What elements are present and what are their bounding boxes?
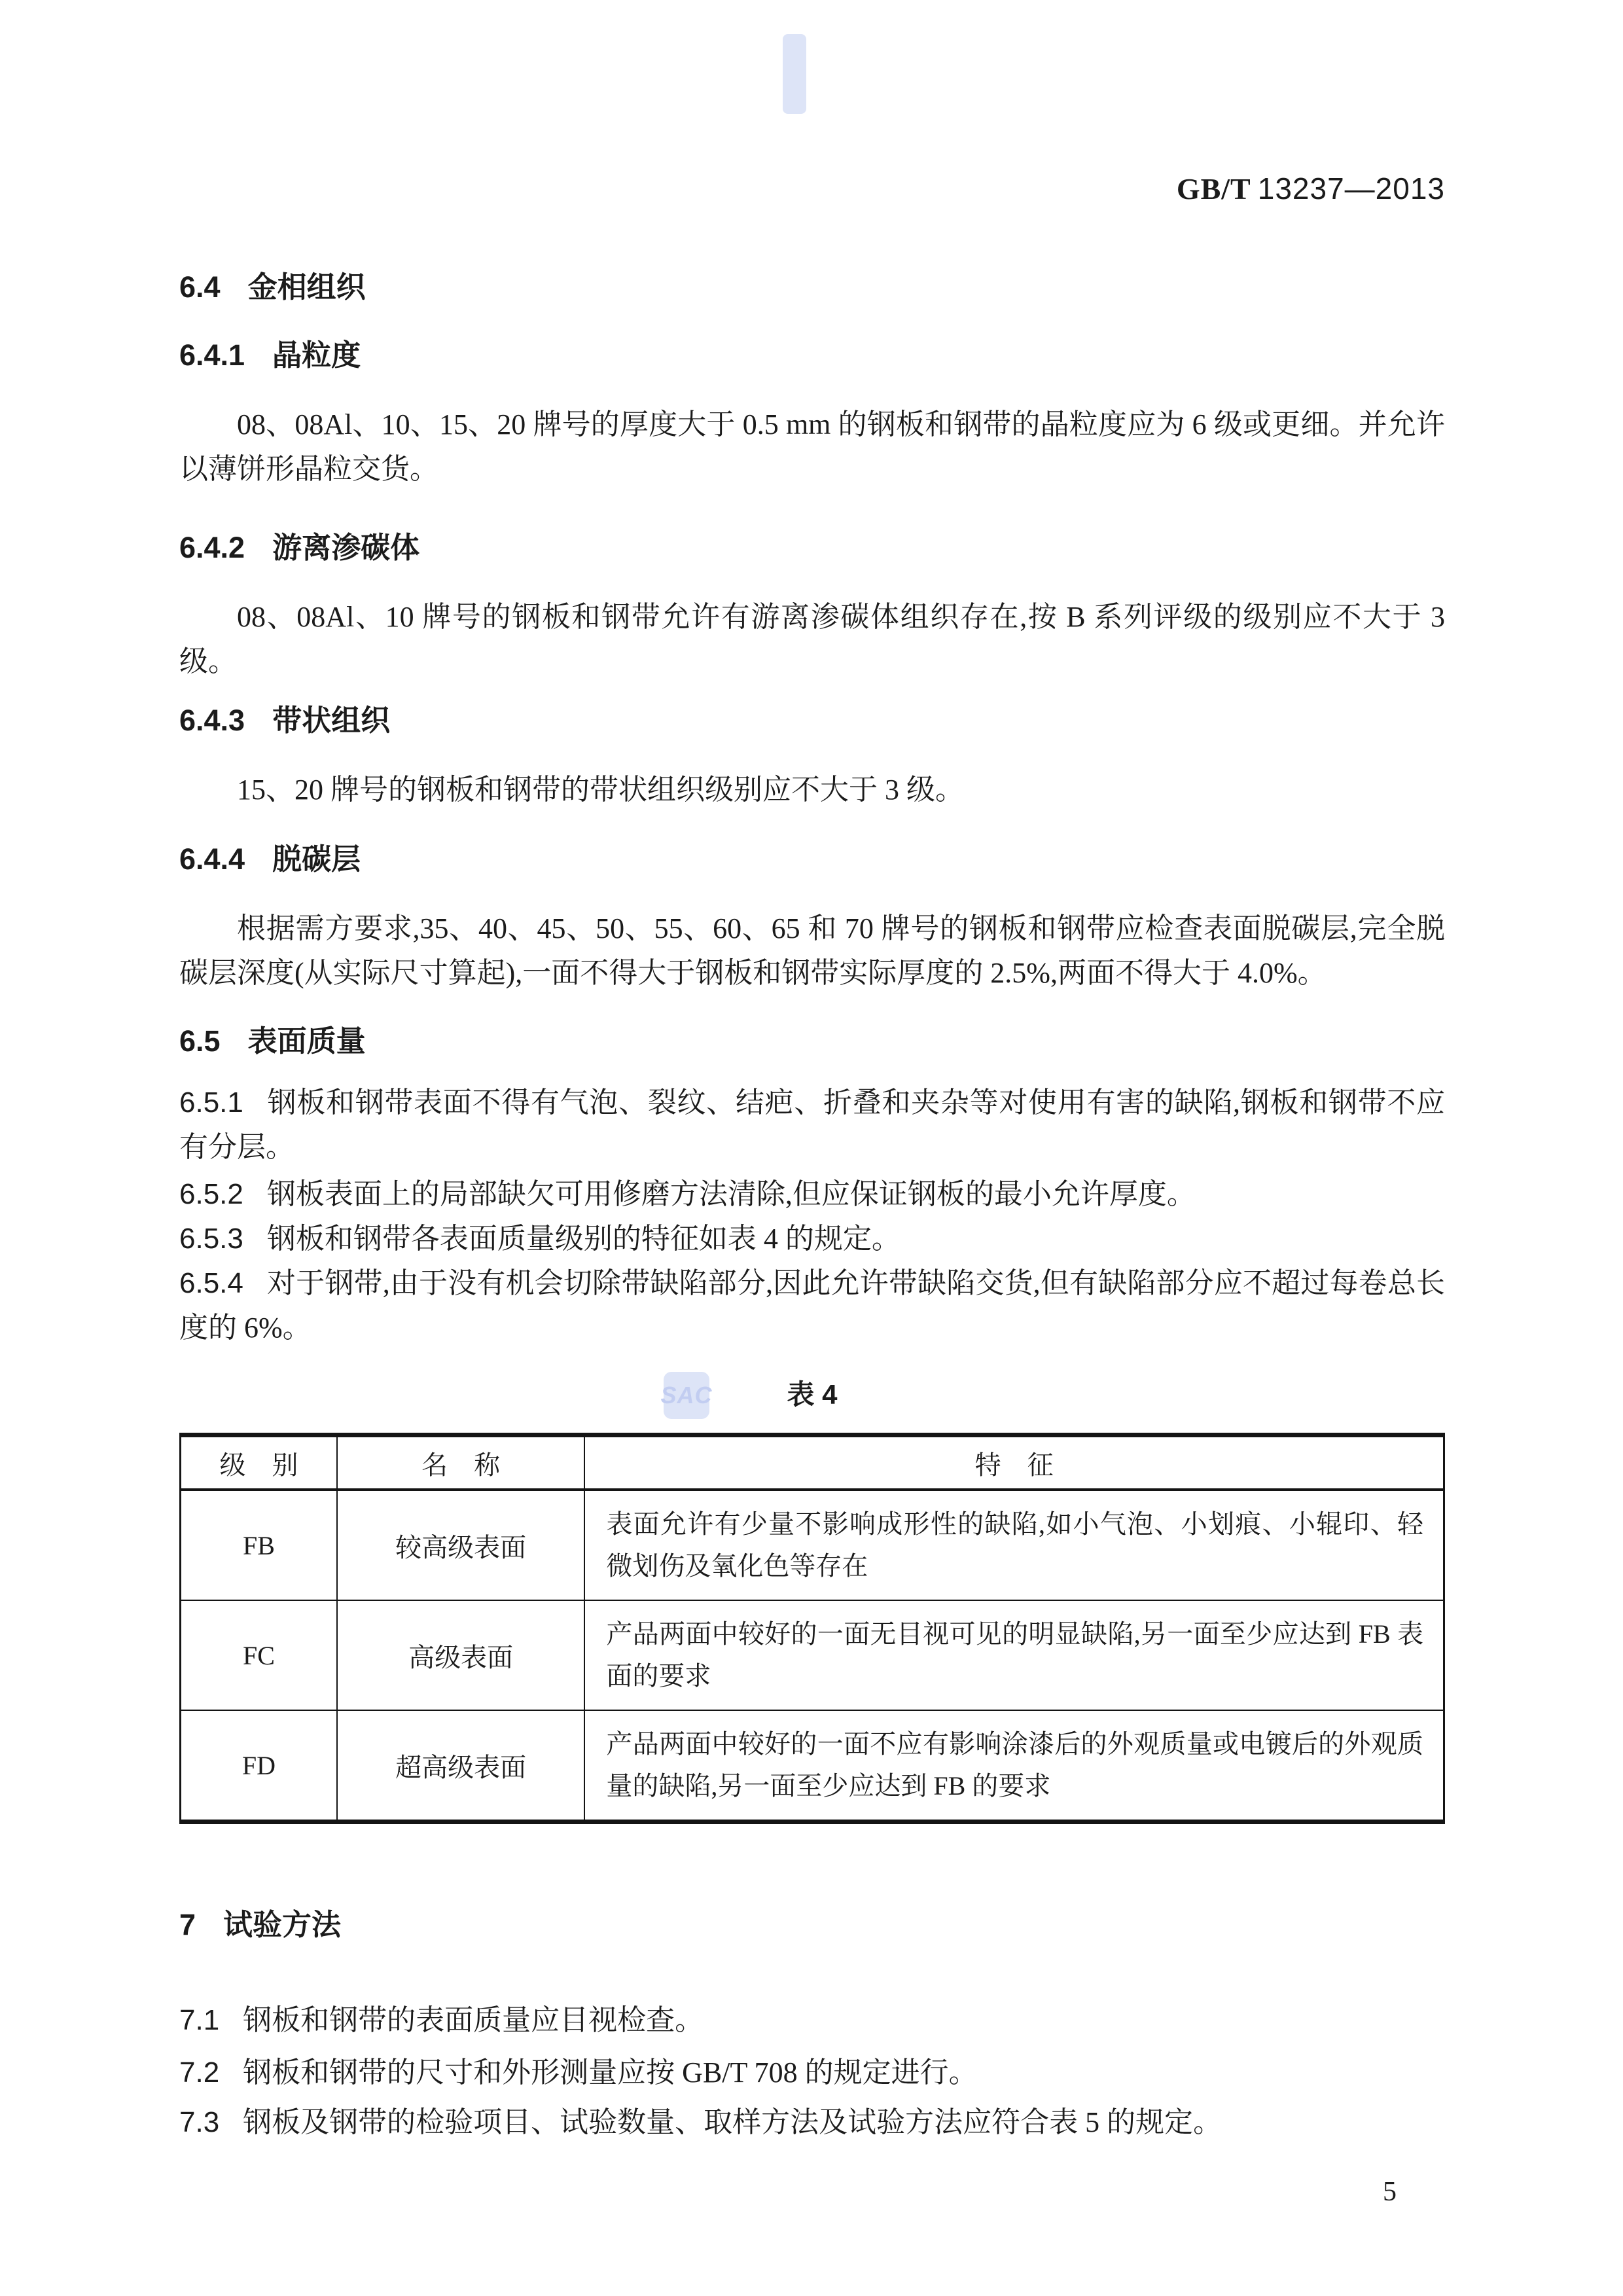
heading-6-4-4-number: 6.4.4 <box>179 842 245 876</box>
clause-7-1: 7.1钢板和钢带的表面质量应目视检查。 <box>179 1998 1445 2043</box>
clause-7-3: 7.3钢板及钢带的检验项目、试验数量、取样方法及试验方法应符合表 5 的规定。 <box>179 2100 1445 2145</box>
heading-6-4-2-number: 6.4.2 <box>179 531 245 564</box>
row-fc-name: 高级表面 <box>337 1600 584 1710</box>
clause-6-5-2-number: 6.5.2 <box>179 1178 243 1210</box>
clause-7-1-text: 钢板和钢带的表面质量应目视检查。 <box>243 2004 704 2036</box>
clause-6-5-3-number: 6.5.3 <box>179 1223 243 1255</box>
row-fc-feature: 产品两面中较好的一面无目视可见的明显缺陷,另一面至少应达到 FB 表面的要求 <box>584 1600 1444 1710</box>
row-fd-feature: 产品两面中较好的一面不应有影响涂漆后的外观质量或电镀后的外观质量的缺陷,另一面至… <box>584 1710 1444 1822</box>
row-fb-grade: FB <box>181 1490 337 1600</box>
paragraph-6-4-1: 08、08Al、10、15、20 牌号的厚度大于 0.5 mm 的钢板和钢带的晶… <box>179 403 1445 492</box>
row-fb-feature: 表面允许有少量不影响成形性的缺陷,如小气泡、小划痕、小辊印、轻微划伤及氧化色等存… <box>584 1490 1444 1600</box>
table-row: FD 超高级表面 产品两面中较好的一面不应有影响涂漆后的外观质量或电镀后的外观质… <box>181 1710 1444 1822</box>
clause-6-5-1-text: 钢板和钢带表面不得有气泡、裂纹、结疤、折叠和夹杂等对使用有害的缺陷,钢板和钢带不… <box>179 1086 1445 1163</box>
table-4-col-name: 名 称 <box>337 1435 584 1490</box>
clause-7-2-number: 7.2 <box>179 2056 219 2089</box>
table-4: 级 别 名 称 特 征 FB 较高级表面 表面允许有少量不影响成形性的缺陷,如小… <box>179 1433 1445 1824</box>
row-fc-grade: FC <box>181 1600 337 1710</box>
table-4-col-feature: 特 征 <box>584 1435 1444 1490</box>
heading-6-4-3-number: 6.4.3 <box>179 704 245 737</box>
document-page: SAC GB/T13237—2013 6.4金相组织 6.4.1晶粒度 08、0… <box>0 0 1623 2296</box>
heading-6-5-number: 6.5 <box>179 1024 221 1058</box>
heading-6-5-title: 表面质量 <box>248 1024 366 1058</box>
heading-6-4-2-title: 游离渗碳体 <box>272 531 419 564</box>
heading-7-title: 试验方法 <box>223 1908 341 1941</box>
standard-code-prefix: GB/T <box>1177 172 1251 206</box>
clause-6-5-2-text: 钢板表面上的局部缺欠可用修磨方法清除,但应保证钢板的最小允许厚度。 <box>267 1178 1196 1210</box>
table-4-caption: 表 4 <box>179 1376 1445 1413</box>
table-row: FB 较高级表面 表面允许有少量不影响成形性的缺陷,如小气泡、小划痕、小辊印、轻… <box>181 1490 1444 1600</box>
table-4-header-row: 级 别 名 称 特 征 <box>181 1435 1444 1490</box>
heading-6-4-1-title: 晶粒度 <box>272 338 361 372</box>
heading-7: 7试验方法 <box>179 1908 1445 1942</box>
heading-6-4-3: 6.4.3带状组织 <box>179 704 1445 738</box>
clause-6-5-4-number: 6.5.4 <box>179 1267 243 1299</box>
clause-6-5-4: 6.5.4对于钢带,由于没有机会切除带缺陷部分,因此允许带缺陷交货,但有缺陷部分… <box>179 1261 1445 1350</box>
table-4-col-grade: 级 别 <box>181 1435 337 1490</box>
clause-6-5-1-number: 6.5.1 <box>179 1086 243 1119</box>
row-fb-name: 较高级表面 <box>337 1490 584 1600</box>
clause-6-5-1: 6.5.1钢板和钢带表面不得有气泡、裂纹、结疤、折叠和夹杂等对使用有害的缺陷,钢… <box>179 1081 1445 1170</box>
clause-6-5-2: 6.5.2钢板表面上的局部缺欠可用修磨方法清除,但应保证钢板的最小允许厚度。 <box>179 1172 1445 1217</box>
clause-7-3-text: 钢板及钢带的检验项目、试验数量、取样方法及试验方法应符合表 5 的规定。 <box>243 2106 1222 2138</box>
clause-6-5-3-text: 钢板和钢带各表面质量级别的特征如表 4 的规定。 <box>267 1223 901 1255</box>
watermark-fragment <box>783 34 806 114</box>
clause-7-1-number: 7.1 <box>179 2004 219 2036</box>
heading-7-number: 7 <box>179 1908 196 1941</box>
heading-6-4-2: 6.4.2游离渗碳体 <box>179 531 1445 565</box>
clause-7-2-text: 钢板和钢带的尺寸和外形测量应按 GB/T 708 的规定进行。 <box>243 2056 977 2089</box>
page-number: 5 <box>179 2175 1445 2209</box>
heading-6-4-number: 6.4 <box>179 270 221 304</box>
heading-6-4-1-number: 6.4.1 <box>179 338 245 372</box>
row-fd-name: 超高级表面 <box>337 1710 584 1822</box>
clause-6-5-3: 6.5.3钢板和钢带各表面质量级别的特征如表 4 的规定。 <box>179 1217 1445 1261</box>
heading-6-4-3-title: 带状组织 <box>272 704 390 737</box>
clause-7-2: 7.2钢板和钢带的尺寸和外形测量应按 GB/T 708 的规定进行。 <box>179 2051 1445 2095</box>
table-row: FC 高级表面 产品两面中较好的一面无目视可见的明显缺陷,另一面至少应达到 FB… <box>181 1600 1444 1710</box>
paragraph-6-4-4: 根据需方要求,35、40、45、50、55、60、65 和 70 牌号的钢板和钢… <box>179 906 1445 996</box>
row-fd-grade: FD <box>181 1710 337 1822</box>
heading-6-4-4-title: 脱碳层 <box>272 842 361 876</box>
paragraph-6-4-3: 15、20 牌号的钢板和钢带的带状组织级别应不大于 3 级。 <box>179 768 1445 812</box>
heading-6-4: 6.4金相组织 <box>179 270 1445 304</box>
heading-6-4-4: 6.4.4脱碳层 <box>179 842 1445 876</box>
clause-6-5-4-text: 对于钢带,由于没有机会切除带缺陷部分,因此允许带缺陷交货,但有缺陷部分应不超过每… <box>179 1267 1445 1344</box>
paragraph-6-4-2: 08、08Al、10 牌号的钢板和钢带允许有游离渗碳体组织存在,按 B 系列评级… <box>179 595 1445 684</box>
heading-6-5: 6.5表面质量 <box>179 1024 1445 1058</box>
standard-code-header: GB/T13237—2013 <box>179 171 1445 206</box>
heading-6-4-1: 6.4.1晶粒度 <box>179 338 1445 372</box>
standard-code-number: 13237—2013 <box>1258 171 1445 206</box>
clause-7-3-number: 7.3 <box>179 2106 219 2138</box>
heading-6-4-title: 金相组织 <box>248 270 366 304</box>
